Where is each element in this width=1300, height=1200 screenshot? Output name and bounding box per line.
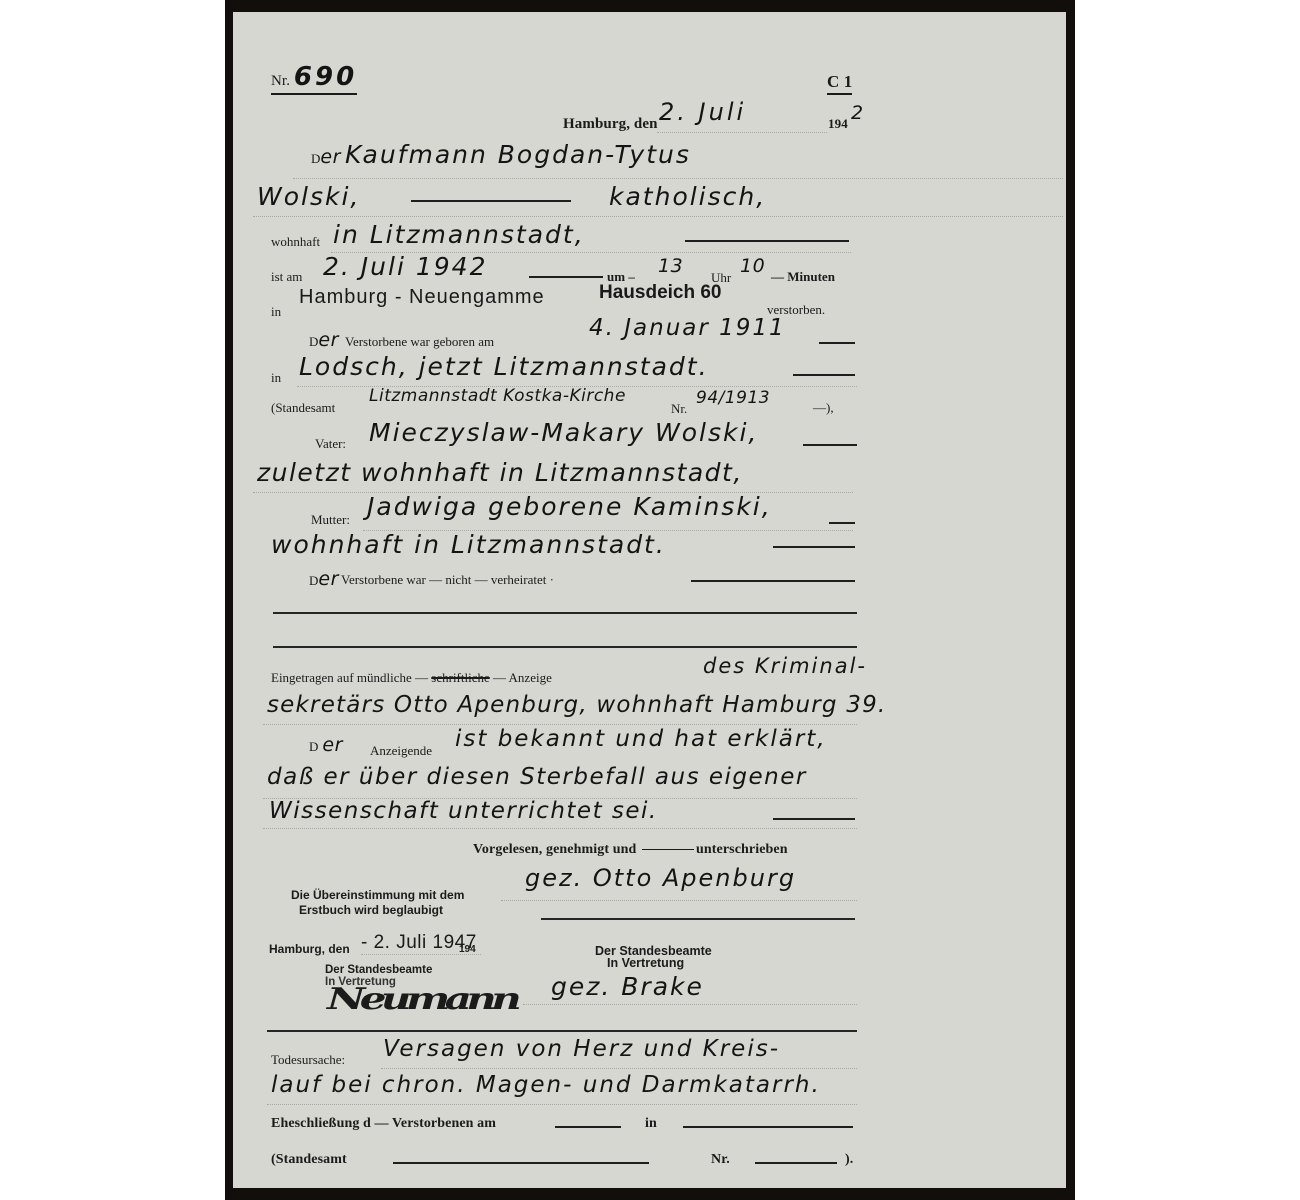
dotted-guide — [523, 1004, 857, 1005]
registration-label: Eingetragen auf mündliche — schriftliche… — [271, 670, 552, 686]
birth-nr-label: Nr. — [671, 401, 687, 417]
registrar-stamp-line-2: In Vertretung — [607, 956, 684, 970]
anzeigende-article: D er — [309, 734, 343, 756]
certification-line-2: Erstbuch wird beglaubigt — [291, 903, 451, 918]
birth-standesamt-value: Litzmannstadt Kostka-Kirche — [369, 386, 626, 406]
record-number: Nr. 690 — [271, 62, 357, 95]
informant-line-2: sekretärs Otto Apenburg, wohnhaft Hambur… — [267, 692, 886, 718]
minuten-text: Minuten — [787, 269, 835, 284]
registrar-signature: gez. Brake — [551, 972, 704, 1001]
blank-dash — [691, 580, 855, 582]
death-hour: 13 — [658, 255, 683, 277]
birth-place: Lodsch, jetzt Litzmannstadt. — [299, 352, 709, 381]
blank-dash — [683, 1126, 853, 1128]
article-suffix: er — [322, 734, 343, 756]
marital-article: Der — [309, 568, 339, 590]
cause-of-death-label: Todesursache: — [271, 1052, 345, 1068]
cause-of-death-line-1: Versagen von Herz und Kreis- — [383, 1036, 780, 1062]
blank-dash — [393, 1162, 649, 1164]
blank-dash — [829, 522, 855, 524]
signature-rule — [541, 918, 855, 920]
death-date: 2. Juli 1942 — [323, 252, 487, 281]
dotted-guide — [361, 954, 481, 955]
residence-label: wohnhaft — [271, 234, 320, 250]
header-date: 2. Juli — [659, 98, 746, 126]
father-label: Vater: — [315, 436, 346, 452]
marriage-close: ). — [845, 1152, 853, 1168]
article-suffix: er — [318, 329, 339, 351]
blank-dash — [555, 1126, 621, 1128]
statement-line-2: daß er über diesen Sterbefall aus eigene… — [267, 764, 807, 790]
certification-text: Die Übereinstimmung mit dem Erstbuch wir… — [291, 888, 451, 918]
death-minute: 10 — [740, 255, 765, 277]
marriage-label: Eheschließung d — Verstorbenen am — [271, 1116, 496, 1132]
anzeigende-label: Anzeigende — [370, 743, 432, 759]
record-number-label: Nr. — [271, 73, 290, 89]
deceased-surname: Wolski, — [257, 182, 360, 211]
marriage-in-label: in — [645, 1116, 657, 1132]
died-label: ist am — [271, 269, 302, 285]
marital-status: Verstorbene war — nicht — verheiratet · — [341, 572, 554, 588]
death-place-typed: Hamburg - Neuengamme — [299, 286, 545, 309]
place-date-label: Hamburg, den — [563, 116, 658, 133]
death-certificate-page: Nr. 690 C 1 Hamburg, den 2. Juli 194 2 D… — [233, 12, 1066, 1188]
read-label-1: Vorgelesen, genehmigt und — [473, 842, 636, 857]
marriage-nr-label: Nr. — [711, 1152, 730, 1168]
mother-name: Jadwiga geborene Kaminski, — [367, 492, 772, 521]
certification-signature: Neumann — [327, 982, 516, 1017]
marriage-standesamt-label: (Standesamt — [271, 1152, 347, 1168]
blank-dash — [773, 546, 855, 548]
birth-date: 4. Januar 1911 — [589, 315, 786, 341]
blank-dash — [411, 200, 571, 202]
article-prefix: D — [309, 573, 318, 588]
blank-dash — [773, 818, 855, 820]
article-prefix: D — [309, 739, 318, 754]
registration-struck-word: schriftliche — [431, 670, 489, 685]
statement-line-3: Wissenschaft unterrichtet sei. — [269, 798, 658, 824]
deceased-residence: in Litzmannstadt, — [333, 220, 585, 249]
blank-rule — [273, 646, 857, 648]
article-prefix: D — [311, 151, 320, 166]
dotted-guide — [263, 724, 857, 725]
dotted-guide — [657, 132, 827, 133]
birth-label: Verstorbene war geboren am — [345, 334, 494, 350]
dotted-guide — [263, 828, 857, 829]
birth-close: —), — [813, 400, 834, 416]
dotted-guide — [253, 216, 1063, 217]
informant-signature: gez. Otto Apenburg — [525, 864, 796, 892]
death-address-typed: Hausdeich 60 — [599, 282, 722, 304]
birth-in-label: in — [271, 370, 281, 386]
registration-label-2: — Anzeige — [493, 670, 552, 685]
dotted-guide — [501, 900, 857, 901]
deceased-occupation-name: Kaufmann Bogdan-Tytus — [345, 140, 691, 169]
blank-dash — [685, 240, 849, 242]
statement-line-1: ist bekannt und hat erklärt, — [455, 726, 827, 752]
blank-dash — [803, 444, 857, 446]
father-name: Mieczyslaw-Makary Wolski, — [369, 418, 758, 447]
mother-residence: wohnhaft in Litzmannstadt. — [271, 530, 666, 559]
birth-nr-value: 94/1913 — [696, 388, 770, 408]
birth-article: Der — [309, 329, 339, 351]
certification-stamp-1: Der Standesbeamte — [325, 964, 432, 976]
blank-dash — [755, 1162, 837, 1164]
birth-standesamt-label: (Standesamt — [271, 400, 335, 416]
deceased-article: Der — [311, 146, 341, 168]
minuten-label: — Minuten — [771, 269, 835, 285]
deceased-religion: katholisch, — [609, 182, 766, 211]
cause-of-death-line-2: lauf bei chron. Magen- und Darmkatarrh. — [271, 1072, 821, 1098]
certification-place-label: Hamburg, den — [269, 942, 350, 956]
dotted-guide — [293, 178, 1063, 179]
dotted-guide — [381, 1068, 857, 1069]
blank-dash — [819, 342, 855, 344]
blank-dash — [529, 276, 603, 278]
registration-label-1: Eingetragen auf mündliche — — [271, 670, 428, 685]
section-divider — [267, 1030, 857, 1032]
record-number-value: 690 — [294, 62, 357, 92]
informant-line-1: des Kriminal- — [703, 654, 867, 678]
read-label-2: unterschrieben — [696, 842, 788, 857]
header-year-suffix: 2 — [851, 102, 864, 124]
article-suffix: er — [318, 568, 339, 590]
blank-rule — [273, 612, 857, 614]
father-residence: zuletzt wohnhaft in Litzmannstadt, — [257, 458, 743, 487]
dotted-guide — [267, 1104, 857, 1105]
mother-label: Mutter: — [311, 512, 350, 528]
certification-line-1: Die Übereinstimmung mit dem — [291, 888, 451, 903]
article-suffix: er — [320, 146, 341, 168]
article-prefix: D — [309, 334, 318, 349]
read-approved-label: Vorgelesen, genehmigt und unterschrieben — [473, 842, 788, 858]
header-year-prefix: 194 — [828, 116, 848, 132]
place-in-label: in — [271, 304, 281, 320]
blank-dash — [793, 374, 855, 376]
form-code: C 1 — [827, 72, 852, 95]
